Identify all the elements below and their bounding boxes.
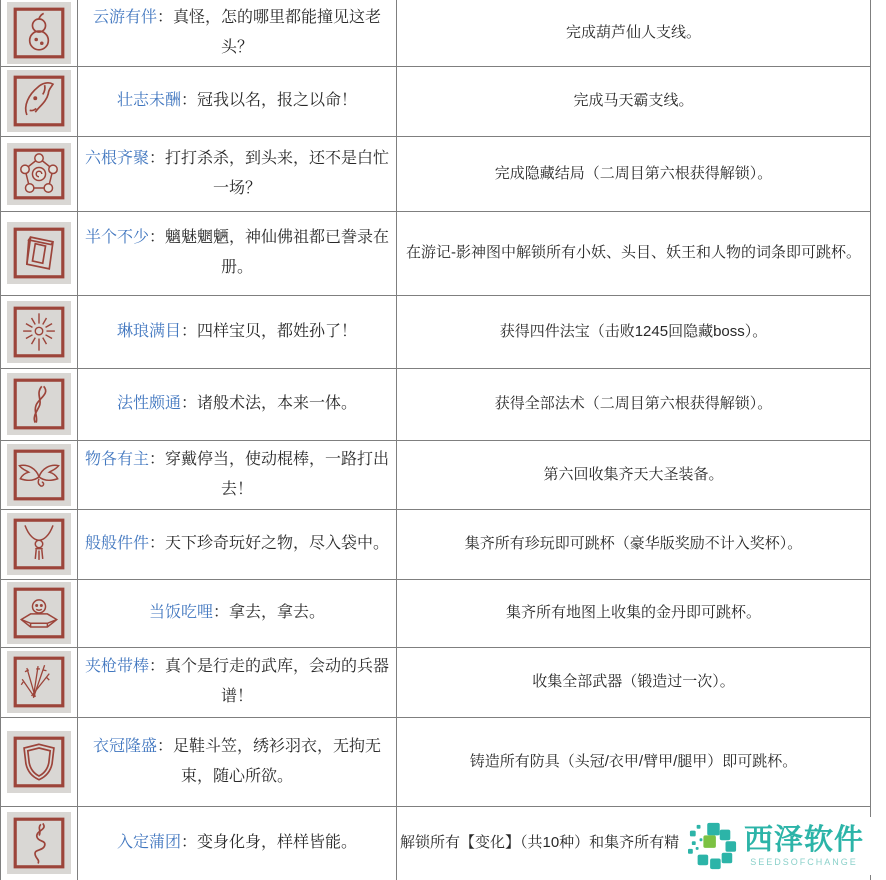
unlock-condition-text: 解锁所有【变化】（共10种）和集齐所有精 [400,834,679,851]
achievement-icon-cell [1,368,78,440]
achievement-icon-cell [1,579,78,647]
achievement-name-link[interactable]: 琳琅满目 [117,323,181,340]
achievement-flavor-text: 天下珍奇玩好之物，尽入袋中。 [165,535,389,552]
achievement-name-link[interactable]: 法性颇通 [117,395,181,412]
table-row: 壮志未酬：冠我以名，报之以命！ 完成马天霸支线。 [1,66,871,136]
unlock-condition-text: 集齐所有地图上收集的金丹即可跳杯。 [506,604,761,621]
achievement-icon-cell [1,211,78,295]
achievement-icon-cell [1,440,78,509]
colon-separator: ： [181,323,197,340]
achievement-name-link[interactable]: 壮志未酬 [117,92,181,109]
unlock-condition-cell: 完成马天霸支线。 [397,66,871,136]
unlock-condition-text: 在游记-影神图中解锁所有小妖、头目、妖王和人物的词条即可跳杯。 [406,244,861,261]
table-row: 半个不少：魑魅魍魉，神仙佛祖都已誊录在册。 在游记-影神图中解锁所有小妖、头目、… [1,211,871,295]
achievement-icon-cell [1,717,78,806]
achievement-flavor-text: 变身化身，样样皆能。 [197,834,357,851]
achievement-name-link[interactable]: 半个不少 [85,229,149,246]
unlock-condition-text: 第六回收集齐天大圣装备。 [543,466,723,483]
unlock-condition-text: 集齐所有珍玩即可跳杯（豪华版奖励不计入奖杯）。 [465,535,803,552]
watermark-logo-icon [688,821,738,871]
achievement-flavor-text: 冠我以名，报之以命！ [197,92,357,109]
gourd-stamp-icon [7,2,71,64]
unlock-condition-text: 铸造所有防具（头冠/衣甲/臂甲/腿甲）即可跳杯。 [470,753,798,770]
table-row: 六根齐聚：打打杀杀，到头来，还不是白忙一场？ 完成隐藏结局（二周目第六根获得解锁… [1,136,871,211]
achievement-desc-cell: 入定蒲团：变身化身，样样皆能。 [78,806,397,880]
watermark-subtitle: SEEDSOFCHANGE [750,857,858,867]
colon-separator: ： [181,92,197,109]
achievement-flavor-text: 足鞋斗笠，绣衫羽衣，无拘无束，随心所欲。 [173,738,381,785]
colon-separator: ： [157,9,173,26]
unlock-condition-text: 获得全部法术（二周目第六根获得解锁）。 [495,395,773,412]
achievement-icon-cell [1,295,78,368]
colon-separator: ： [181,834,197,851]
unlock-condition-cell: 第六回收集齐天大圣装备。 [397,440,871,509]
table-row: 夹枪带棒：真个是行走的武库，会动的兵器谱！ 收集全部武器（锻造过一次）。 [1,647,871,717]
unlock-condition-cell: 铸造所有防具（头冠/衣甲/臂甲/腿甲）即可跳杯。 [397,717,871,806]
table-row: 琳琅满目：四样宝贝，都姓孙了！ 获得四件法宝（击败1245回隐藏boss）。 [1,295,871,368]
incense-smoke-stamp-icon [7,812,71,874]
colon-separator: ： [181,395,197,412]
watermark: 西泽软件 SEEDSOFCHANGE [688,817,886,875]
table-row: 衣冠隆盛：足鞋斗笠，绣衫羽衣，无拘无束，随心所欲。 铸造所有防具（头冠/衣甲/臂… [1,717,871,806]
achievement-flavor-text: 魑魅魍魉，神仙佛祖都已誊录在册。 [165,229,389,276]
achievement-desc-cell: 当饭吃哩：拿去，拿去。 [78,579,397,647]
achievement-icon-cell [1,136,78,211]
achievement-guide-page: 云游有伴：真怪，怎的哪里都能撞见这老头？ 完成葫芦仙人支线。 [0,0,886,880]
achievement-icon-cell [1,509,78,579]
unlock-condition-text: 收集全部武器（锻造过一次）。 [532,673,735,690]
unlock-condition-cell: 完成隐藏结局（二周目第六根获得解锁）。 [397,136,871,211]
achievement-flavor-text: 打打杀杀，到头来，还不是白忙一场？ [165,150,389,197]
watermark-title: 西泽软件 [744,825,864,855]
achievement-name-link[interactable]: 入定蒲团 [117,834,181,851]
spell-wisp-stamp-icon [7,373,71,435]
achievement-name-link[interactable]: 衣冠隆盛 [93,738,157,755]
achievement-name-link[interactable]: 六根齐聚 [85,150,149,167]
unlock-condition-text: 完成隐藏结局（二周目第六根获得解锁）。 [495,165,773,182]
six-roots-formation-stamp-icon [7,143,71,205]
achievement-desc-cell: 琳琅满目：四样宝贝，都姓孙了！ [78,295,397,368]
achievement-flavor-text: 真怪，怎的哪里都能撞见这老头？ [173,9,381,56]
colon-separator: ： [149,658,165,675]
achievement-desc-cell: 衣冠隆盛：足鞋斗笠，绣衫羽衣，无拘无束，随心所欲。 [78,717,397,806]
unlock-condition-cell: 获得全部法术（二周目第六根获得解锁）。 [397,368,871,440]
achievement-name-link[interactable]: 物各有主 [85,451,149,468]
achievement-desc-cell: 壮志未酬：冠我以名，报之以命！ [78,66,397,136]
achievement-desc-cell: 法性颇通：诸般术法，本来一体。 [78,368,397,440]
achievement-name-link[interactable]: 夹枪带棒 [85,658,149,675]
table-row: 云游有伴：真怪，怎的哪里都能撞见这老头？ 完成葫芦仙人支线。 [1,0,871,66]
unlock-condition-cell: 获得四件法宝（击败1245回隐藏boss）。 [397,295,871,368]
achievement-desc-cell: 半个不少：魑魅魍魉，神仙佛祖都已誊录在册。 [78,211,397,295]
unlock-condition-text: 获得四件法宝（击败1245回隐藏boss）。 [500,323,768,340]
achievement-flavor-text: 真个是行走的武库，会动的兵器谱！ [165,658,389,705]
treasure-burst-stamp-icon [7,301,71,363]
achievement-table: 云游有伴：真怪，怎的哪里都能撞见这老头？ 完成葫芦仙人支线。 [0,0,871,880]
horse-head-stamp-icon [7,70,71,132]
colon-separator: ： [149,229,165,246]
achievement-desc-cell: 六根齐聚：打打杀杀，到头来，还不是白忙一场？ [78,136,397,211]
achievement-name-link[interactable]: 当饭吃哩 [149,604,213,621]
achievement-flavor-text: 穿戴停当，使动棍棒，一路打出去！ [165,451,389,498]
colon-separator: ： [157,738,173,755]
weapons-bundle-stamp-icon [7,651,71,713]
table-row: 当饭吃哩：拿去，拿去。 集齐所有地图上收集的金丹即可跳杯。 [1,579,871,647]
achievement-flavor-text: 四样宝贝，都姓孙了！ [197,323,357,340]
unlock-condition-text: 完成马天霸支线。 [573,92,693,109]
unlock-condition-cell: 集齐所有地图上收集的金丹即可跳杯。 [397,579,871,647]
table-row: 物各有主：穿戴停当，使动棍棒，一路打出去！ 第六回收集齐天大圣装备。 [1,440,871,509]
table-row: 法性颇通：诸般术法，本来一体。 获得全部法术（二周目第六根获得解锁）。 [1,368,871,440]
unlock-condition-cell: 收集全部武器（锻造过一次）。 [397,647,871,717]
achievement-name-link[interactable]: 般般件件 [85,535,149,552]
achievement-desc-cell: 般般件件：天下珍奇玩好之物，尽入袋中。 [78,509,397,579]
achievement-icon-cell [1,647,78,717]
unlock-condition-cell: 在游记-影神图中解锁所有小妖、头目、妖王和人物的词条即可跳杯。 [397,211,871,295]
journal-book-stamp-icon [7,222,71,284]
achievement-flavor-text: 拿去，拿去。 [229,604,325,621]
achievement-icon-cell [1,66,78,136]
table-row: 般般件件：天下珍奇玩好之物，尽入袋中。 集齐所有珍玩即可跳杯（豪华版奖励不计入奖… [1,509,871,579]
colon-separator: ： [149,535,165,552]
achievement-desc-cell: 夹枪带棒：真个是行走的武库，会动的兵器谱！ [78,647,397,717]
pendant-stamp-icon [7,513,71,575]
phoenix-wings-stamp-icon [7,444,71,506]
elixir-pill-stamp-icon [7,582,71,644]
unlock-condition-cell: 完成葫芦仙人支线。 [397,0,871,66]
unlock-condition-cell: 集齐所有珍玩即可跳杯（豪华版奖励不计入奖杯）。 [397,509,871,579]
colon-separator: ： [213,604,229,621]
achievement-name-link[interactable]: 云游有伴 [93,9,157,26]
colon-separator: ： [149,451,165,468]
achievement-desc-cell: 云游有伴：真怪，怎的哪里都能撞见这老头？ [78,0,397,66]
achievement-desc-cell: 物各有主：穿戴停当，使动棍棒，一路打出去！ [78,440,397,509]
achievement-flavor-text: 诸般术法，本来一体。 [197,395,357,412]
achievement-icon-cell [1,806,78,880]
colon-separator: ： [149,150,165,167]
shield-stamp-icon [7,731,71,793]
unlock-condition-text: 完成葫芦仙人支线。 [566,24,701,41]
achievement-icon-cell [1,0,78,66]
